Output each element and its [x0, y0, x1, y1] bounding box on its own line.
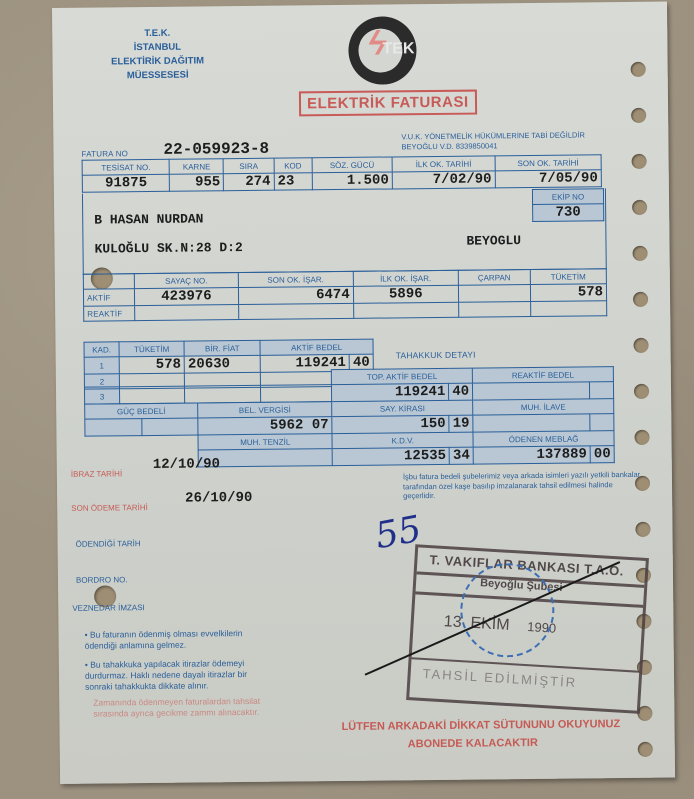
veznedar-imzasi-label: VEZNEDAR İMZASI — [72, 603, 145, 613]
organization-name: T.E.K. İSTANBUL ELEKTİRİK DAĞITIM MÜESSE… — [92, 26, 223, 83]
document-title: ELEKTRİK FATURASI — [299, 90, 477, 117]
kdv-value: 12535 — [332, 447, 449, 465]
ilk-ok-tarihi-value: 7/02/90 — [392, 171, 495, 189]
header-tuketim: TÜKETİM — [119, 341, 184, 357]
bordro-no-label: BORDRO NO. — [76, 575, 128, 585]
header-soz-gucu: SÖZ. GÜCÜ — [312, 157, 392, 173]
guc-bedeli-label: GÜÇ BEDELİ — [85, 403, 198, 419]
header-ilk-ok-tarihi: İLK OK. TARİHİ — [392, 156, 495, 172]
perforation-hole — [633, 338, 648, 353]
soz-gucu-value: 1.500 — [312, 172, 392, 190]
fatura-no-value: 22-059923-8 — [163, 140, 269, 159]
header-son-ok-isar: SON OK. İŞAR. — [238, 271, 353, 287]
customer-box — [82, 188, 607, 274]
empty-cell — [458, 302, 530, 318]
ibraz-tarihi-label: İBRAZ TARİHİ — [71, 469, 122, 479]
bel-vergisi-label: BEL. VERGİSİ — [198, 402, 332, 418]
footer-copy-note: ABONEDE KALACAKTIR — [408, 737, 538, 750]
tax-note: V.U.K. YÖNETMELİK HÜKÜMLERİNE TABİ DEĞİL… — [401, 130, 585, 152]
empty-cell — [353, 302, 458, 318]
empty-cell — [530, 301, 606, 317]
reaktif-bedel-label: REAKTİF BEDEL — [472, 367, 613, 383]
org-line: T.E.K. — [92, 26, 222, 41]
empty-cell — [473, 414, 590, 432]
header-sira: SIRA — [224, 158, 274, 174]
empty-cell — [141, 418, 198, 436]
perforation-hole — [631, 108, 646, 123]
late-payment-warning: Zamanında ödenmeyen faturalardan tahsila… — [93, 696, 283, 720]
empty-cell — [85, 435, 198, 451]
say-kirasi-kurus: 19 — [449, 415, 473, 432]
sayac-no-value: 423976 — [134, 288, 238, 306]
son-odeme-label: SON ÖDEME TARİHİ — [71, 503, 148, 513]
say-kirasi-value: 150 — [332, 415, 449, 433]
bel-vergisi-kurus: 07 — [312, 417, 329, 433]
perforation-hole — [634, 430, 649, 445]
top-aktif-bedel-label: TOP. AKTİF BEDEL — [332, 368, 473, 384]
tax-note-line: BEYOĞLU V.D. 8339850041 — [401, 140, 585, 152]
note-text: Bu tahakkuka yapılacak itirazlar ödemeyi… — [85, 658, 247, 692]
son-ok-isar-value: 6474 — [238, 286, 353, 304]
note-bullet-1: • Bu faturanın ödenmiş olması evvelkiler… — [85, 628, 275, 652]
odenen-meblag-label: ÖDENEN MEBLAĞ — [473, 431, 614, 447]
fatura-no-label: FATURA NO — [81, 149, 128, 158]
perforation-hole — [638, 742, 653, 757]
header-karne: KARNE — [170, 159, 224, 175]
tesisat-no-value: 91875 — [82, 174, 170, 192]
row-label-aktif: AKTİF — [83, 289, 134, 307]
perforation-hole — [633, 292, 648, 307]
header-aktif-bedel: AKTİF BEDEL — [260, 339, 373, 355]
empty-cell — [238, 303, 353, 319]
org-line: ELEKTİRİK DAĞITIM — [93, 54, 223, 69]
logo-text: TEK — [382, 40, 414, 58]
top-aktif-bedel-value: 119241 — [332, 383, 449, 401]
perforation-hole — [635, 522, 650, 537]
cancellation-line — [358, 552, 659, 685]
note-bullet-2: • Bu tahakkuka yapılacak itirazlar ödeme… — [85, 658, 275, 693]
header-carpan: ÇARPAN — [458, 270, 530, 286]
sira-value: 274 — [224, 173, 274, 191]
subscriber-table: TESİSAT NO. KARNE SIRA KOD SÖZ. GÜCÜ İLK… — [82, 154, 602, 192]
perforation-hole — [632, 154, 647, 169]
invoice-paper: T.E.K. İSTANBUL ELEKTİRİK DAĞITIM MÜESSE… — [52, 2, 675, 784]
perforation-hole — [634, 384, 649, 399]
customer-address: KULOĞLU SK.N:28 D:2 — [94, 240, 242, 257]
empty-cell — [83, 274, 134, 290]
son-ok-tarihi-value: 7/05/90 — [495, 170, 601, 188]
ilk-ok-isar-value: 5896 — [353, 285, 458, 303]
carpan-value — [458, 285, 530, 303]
header-kad: KAD. — [84, 342, 119, 357]
odenen-meblag-value: 137889 — [473, 446, 590, 464]
header-kod: KOD — [274, 158, 312, 173]
odenen-meblag-kurus: 00 — [590, 446, 614, 463]
ekip-no-value: 730 — [533, 204, 604, 222]
karne-value: 955 — [170, 174, 224, 192]
ekip-no-label: EKİP NO — [532, 189, 603, 205]
footer-notice: LÜTFEN ARKADAKİ DİKKAT SÜTUNUNU OKUYUNUZ — [341, 718, 620, 733]
bel-vergisi-value: 5962 07 — [198, 417, 332, 435]
perforation-hole — [631, 62, 646, 77]
empty-cell — [590, 414, 614, 431]
header-sayac-no: SAYAÇ NO. — [134, 273, 238, 289]
kod-value: 23 — [274, 173, 312, 190]
tuketim-value: 578 — [530, 284, 606, 302]
kdv-kurus: 34 — [449, 447, 473, 464]
empty-cell — [590, 382, 614, 399]
tek-logo: ϟ TEK — [348, 16, 417, 85]
payment-validity-note: İşbu fatura bedeli şubelerimiz veya arka… — [403, 470, 643, 501]
customer-name: B HASAN NURDAN — [94, 211, 203, 227]
empty-cell — [135, 305, 239, 321]
row-label-reaktif: REAKTİF — [84, 306, 135, 322]
header-ilk-ok-isar: İLK OK. İŞAR. — [353, 270, 458, 286]
ekip-no-box: EKİP NO 730 — [532, 188, 604, 222]
muh-ilave-label: MUH. İLAVE — [473, 399, 614, 415]
header-bir-fiat: BİR. FİAT — [184, 340, 260, 356]
header-tesisat: TESİSAT NO. — [82, 159, 170, 175]
org-line: MÜESSESESİ — [93, 68, 223, 83]
perforation-hole — [632, 200, 647, 215]
son-odeme-value: 26/10/90 — [185, 490, 252, 507]
ibraz-tarihi-value: 12/10/90 — [153, 456, 220, 473]
accrual-table: TOP. AKTİF BEDEL REAKTİF BEDEL 119241 40… — [84, 366, 615, 469]
bel-vergisi-amount: 5962 — [270, 417, 304, 433]
empty-cell — [85, 419, 142, 437]
top-aktif-bedel-kurus: 40 — [449, 383, 473, 400]
muh-tenzil-label: MUH. TENZİL — [198, 434, 332, 450]
accrual-title: TAHAKKUK DETAYI — [396, 350, 476, 361]
header-tuketim: TÜKETİM — [530, 269, 606, 285]
perforation-hole — [633, 246, 648, 261]
header-son-ok-tarihi: SON OK. TARİHİ — [495, 155, 601, 171]
meter-table: SAYAÇ NO. SON OK. İŞAR. İLK OK. İŞAR. ÇA… — [83, 268, 607, 321]
kdv-label: K.D.V. — [332, 432, 473, 448]
customer-district: BEYOGLU — [466, 233, 521, 249]
say-kirasi-label: SAY. KİRASI — [332, 400, 473, 416]
note-text: Bu faturanın ödenmiş olması evvelkilerin… — [85, 628, 243, 651]
odendigi-tarih-label: ÖDENDİĞİ TARİH — [76, 539, 141, 549]
empty-cell — [473, 382, 590, 400]
org-line: İSTANBUL — [92, 40, 222, 55]
